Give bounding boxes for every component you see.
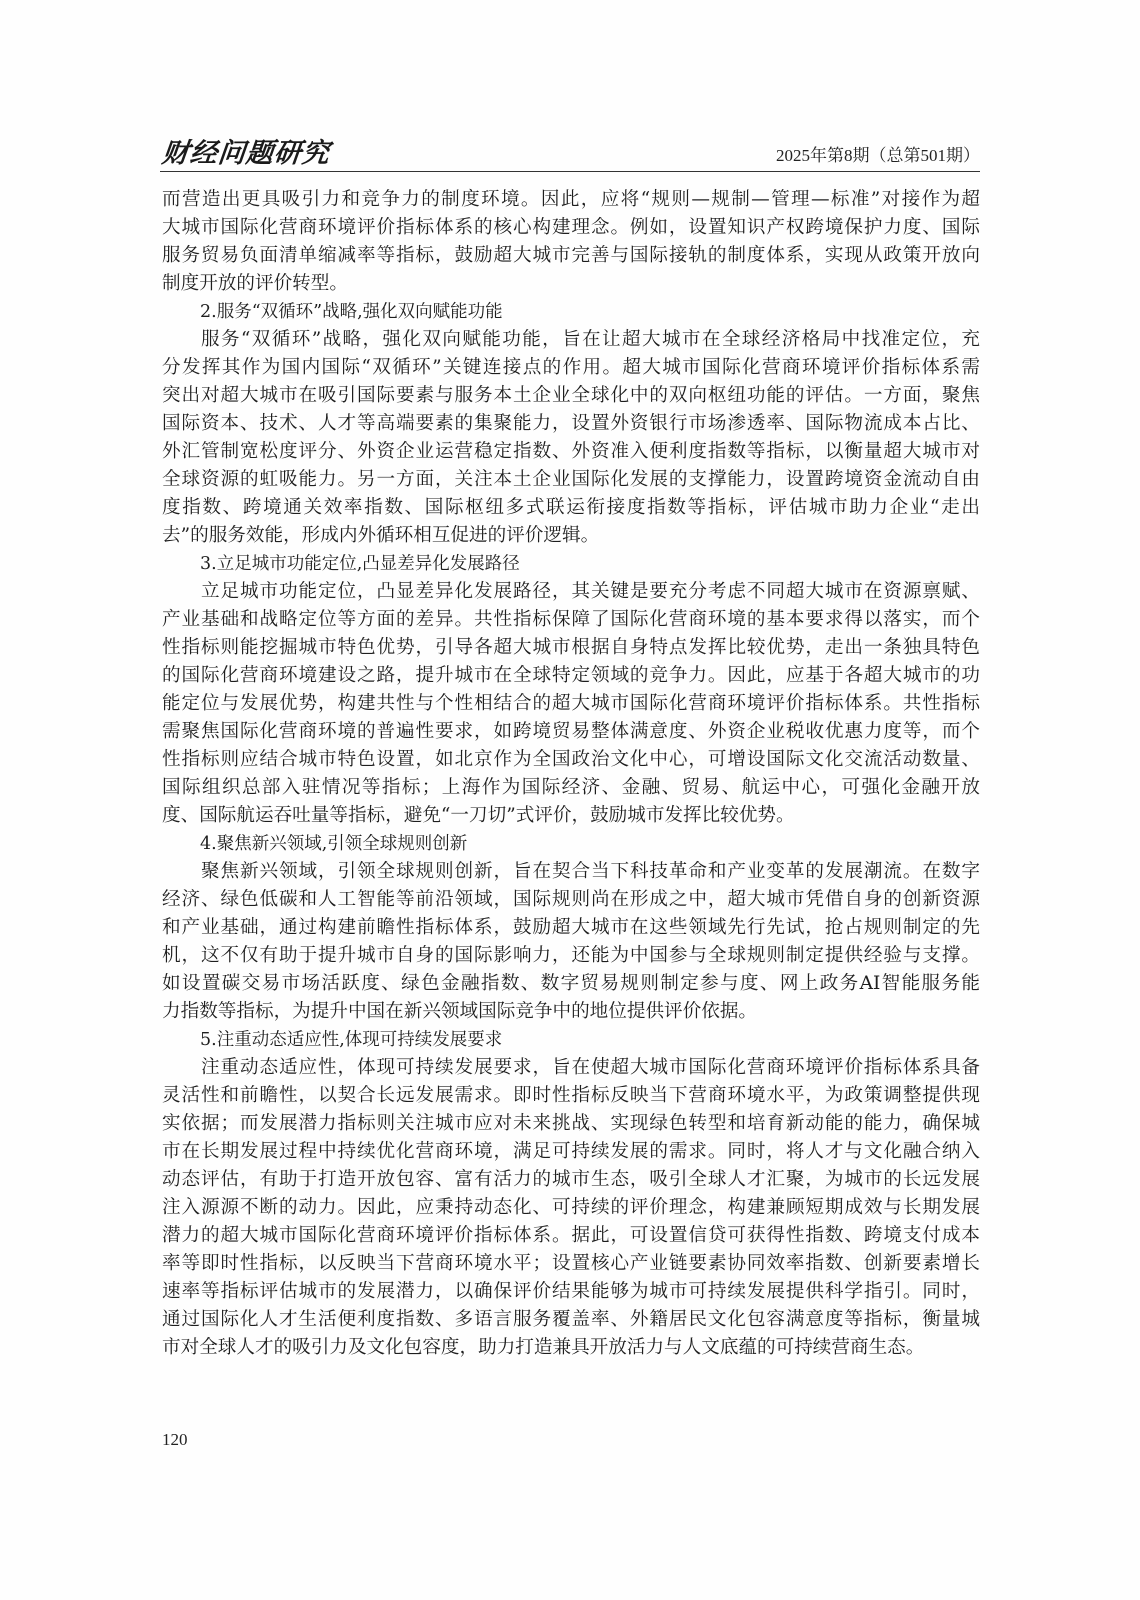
text-line: 和产业基础，通过构建前瞻性指标体系，鼓励超大城市在这些领域先行先试，抢占规则制定… [162, 914, 980, 942]
text-line: 能定位与发展优势，构建共性与个性相结合的超大城市国际化营商环境评价指标体系。共性… [162, 690, 980, 718]
paragraph-intro: 而营造出更具吸引力和竞争力的制度环境。因此，应将“规则—规制—管理—标准”对接作… [162, 186, 982, 298]
article-body: 而营造出更具吸引力和竞争力的制度环境。因此，应将“规则—规制—管理—标准”对接作… [162, 186, 982, 1362]
text-line: 性指标则应结合城市特色设置，如北京作为全国政治文化中心，可增设国际文化交流活动数… [162, 746, 980, 774]
page-number: 120 [162, 1428, 188, 1452]
text-line: 经济、绿色低碳和人工智能等前沿领域，国际规则尚在形成之中，超大城市凭借自身的创新… [162, 886, 980, 914]
text-line: 产业基础和战略定位等方面的差异。共性指标保障了国际化营商环境的基本要求得以落实，… [162, 606, 980, 634]
text-line: 动态评估，有助于打造开放包容、富有活力的城市生态，吸引全球人才汇聚，为城市的长远… [162, 1166, 980, 1194]
text-line: 力指数等指标，为提升中国在新兴领域国际竞争中的地位提供评价依据。 [162, 998, 980, 1026]
paragraph-section-2: 服务“双循环”战略，强化双向赋能功能，旨在让超大城市在全球经济格局中找准定位，充… [162, 326, 982, 550]
section-heading-3: 3.立足城市功能定位,凸显差异化发展路径 [162, 550, 982, 578]
text-line: 国际资本、技术、人才等高端要素的集聚能力，设置外资银行市场渗透率、国际物流成本占… [162, 410, 980, 438]
text-line: 去”的服务效能，形成内外循环相互促进的评价逻辑。 [162, 522, 980, 550]
text-line: 分发挥其作为国内国际“双循环”关键连接点的作用。超大城市国际化营商环境评价指标体… [162, 354, 980, 382]
text-line: 性指标则能挖掘城市特色优势，引导各超大城市根据自身特点发挥比较优势，走出一条独具… [162, 634, 980, 662]
section-heading-5: 5.注重动态适应性,体现可持续发展要求 [162, 1026, 982, 1054]
text-line: 注入源源不断的动力。因此，应秉持动态化、可持续的评价理念，构建兼顾短期成效与长期… [162, 1194, 980, 1222]
text-line: 立足城市功能定位，凸显差异化发展路径，其关键是要充分考虑不同超大城市在资源禀赋、 [162, 578, 980, 606]
text-line: 需聚焦国际化营商环境的普遍性要求，如跨境贸易整体满意度、外资企业税收优惠力度等，… [162, 718, 980, 746]
text-line: 国际组织总部入驻情况等指标；上海作为国际经济、金融、贸易、航运中心，可强化金融开… [162, 774, 980, 802]
text-line: 实依据；而发展潜力指标则关注城市应对未来挑战、实现绿色转型和培育新动能的能力，确… [162, 1110, 980, 1138]
section-heading-4: 4.聚焦新兴领域,引领全球规则创新 [162, 830, 982, 858]
paragraph-section-3: 立足城市功能定位，凸显差异化发展路径，其关键是要充分考虑不同超大城市在资源禀赋、… [162, 578, 982, 830]
text-line: 市对全球人才的吸引力及文化包容度，助力打造兼具开放活力与人文底蕴的可持续营商生态… [162, 1334, 980, 1362]
text-line: 全球资源的虹吸能力。另一方面，关注本土企业国际化发展的支撑能力，设置跨境资金流动… [162, 466, 980, 494]
journal-page: 财经问题研究 2025年第8期（总第501期） 而营造出更具吸引力和竞争力的制度… [0, 0, 1140, 1600]
text-line: 外汇管制宽松度评分、外资企业运营稳定指数、外资准入便利度指数等指标，以衡量超大城… [162, 438, 980, 466]
text-line: 速率等指标评估城市的发展潜力，以确保评价结果能够为城市可持续发展提供科学指引。同… [162, 1278, 980, 1306]
section-heading-2: 2.服务“双循环”战略,强化双向赋能功能 [162, 298, 982, 326]
text-line: 而营造出更具吸引力和竞争力的制度环境。因此，应将“规则—规制—管理—标准”对接作… [162, 186, 980, 214]
text-line: 度指数、跨境通关效率指数、国际枢纽多式联运衔接度指数等指标，评估城市助力企业“走… [162, 494, 980, 522]
text-line: 率等即时性指标，以反映当下营商环境水平；设置核心产业链要素协同效率指数、创新要素… [162, 1250, 980, 1278]
text-line: 制度开放的评价转型。 [162, 270, 980, 298]
text-line: 潜力的超大城市国际化营商环境评价指标体系。据此，可设置信贷可获得性指数、跨境支付… [162, 1222, 980, 1250]
issue-info: 2025年第8期（总第501期） [776, 143, 980, 169]
running-header: 财经问题研究 2025年第8期（总第501期） [160, 137, 980, 171]
text-line: 突出对超大城市在吸引国际要素与服务本土企业全球化中的双向枢纽功能的评估。一方面，… [162, 382, 980, 410]
text-line: 通过国际化人才生活便利度指数、多语言服务覆盖率、外籍居民文化包容满意度等指标，衡… [162, 1306, 980, 1334]
paragraph-section-5: 注重动态适应性，体现可持续发展要求，旨在使超大城市国际化营商环境评价指标体系具备… [162, 1054, 982, 1362]
header-rule [160, 171, 980, 172]
text-line: 大城市国际化营商环境评价指标体系的核心构建理念。例如，设置知识产权跨境保护力度、… [162, 214, 980, 242]
text-line: 如设置碳交易市场活跃度、绿色金融指数、数字贸易规则制定参与度、网上政务AI智能服… [162, 970, 980, 998]
text-line: 服务“双循环”战略，强化双向赋能功能，旨在让超大城市在全球经济格局中找准定位，充 [162, 326, 980, 354]
text-line: 机，这不仅有助于提升城市自身的国际影响力，还能为中国参与全球规则制定提供经验与支… [162, 942, 980, 970]
text-line: 注重动态适应性，体现可持续发展要求，旨在使超大城市国际化营商环境评价指标体系具备 [162, 1054, 980, 1082]
text-line: 灵活性和前瞻性，以契合长远发展需求。即时性指标反映当下营商环境水平，为政策调整提… [162, 1082, 980, 1110]
text-line: 的国际化营商环境建设之路，提升城市在全球特定领域的竞争力。因此，应基于各超大城市… [162, 662, 980, 690]
text-line: 市在长期发展过程中持续优化营商环境，满足可持续发展的需求。同时，将人才与文化融合… [162, 1138, 980, 1166]
journal-logo: 财经问题研究 [160, 137, 332, 171]
text-line: 服务贸易负面清单缩减率等指标，鼓励超大城市完善与国际接轨的制度体系，实现从政策开… [162, 242, 980, 270]
text-line: 聚焦新兴领域，引领全球规则创新，旨在契合当下科技革命和产业变革的发展潮流。在数字 [162, 858, 980, 886]
paragraph-section-4: 聚焦新兴领域，引领全球规则创新，旨在契合当下科技革命和产业变革的发展潮流。在数字… [162, 858, 982, 1026]
text-line: 度、国际航运吞吐量等指标，避免“一刀切”式评价，鼓励城市发挥比较优势。 [162, 802, 980, 830]
